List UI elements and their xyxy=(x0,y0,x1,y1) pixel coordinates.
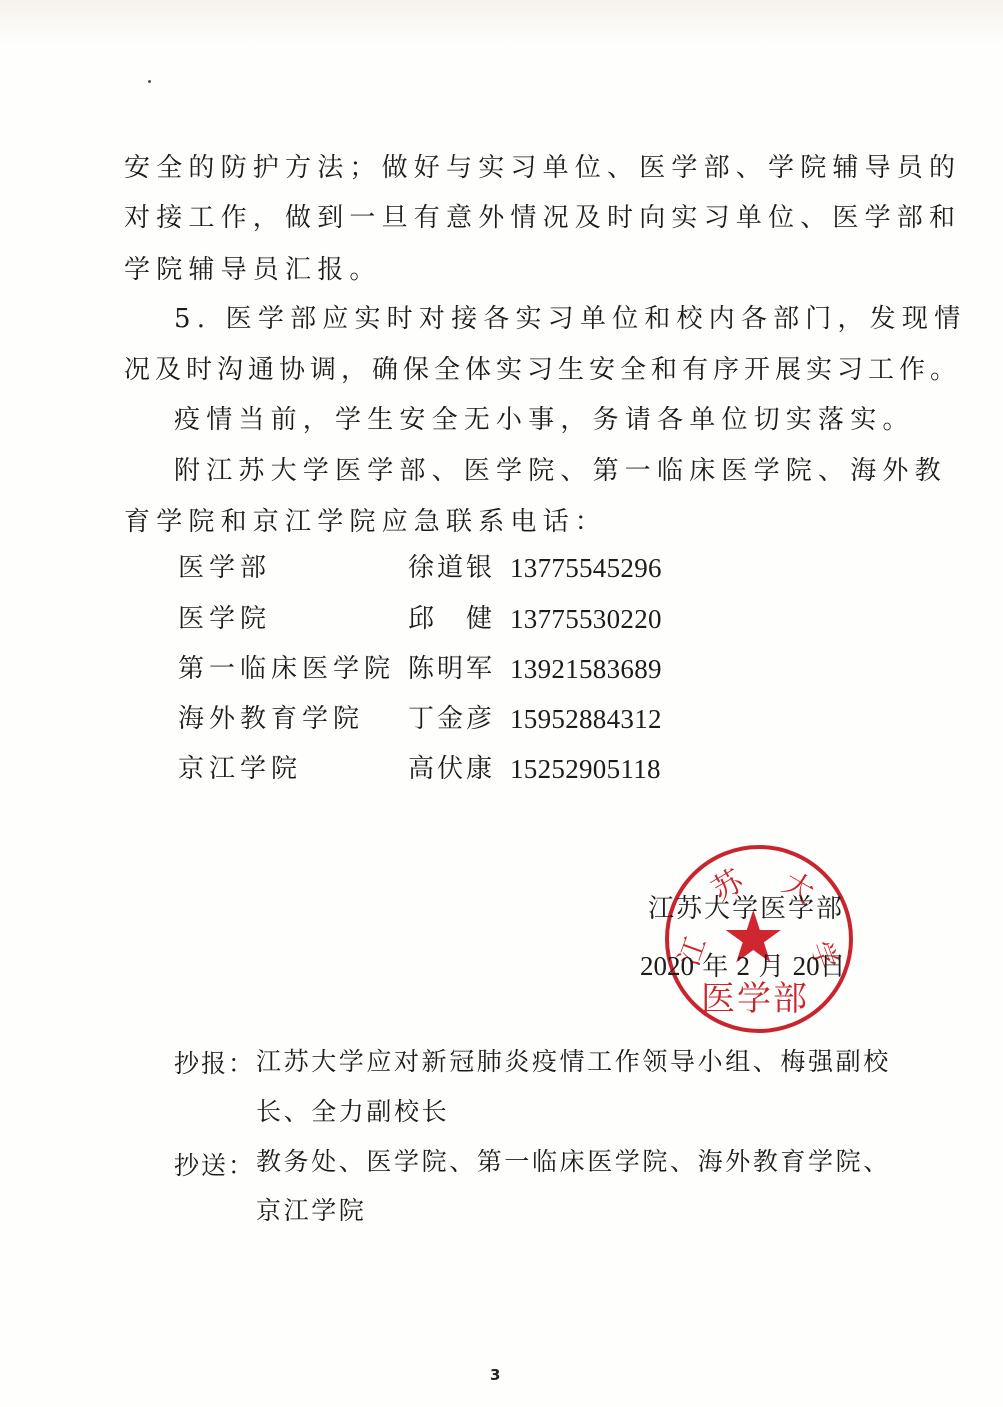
signature-organization: 江苏大学医学部 xyxy=(648,893,844,925)
official-seal: 苏 大 江 学 ★ 医学部 xyxy=(665,845,853,1033)
scan-speck xyxy=(148,80,151,83)
scan-shading xyxy=(0,0,1003,45)
contact-person: 徐道银 xyxy=(408,552,495,584)
cc-send-line: 教务处、医学院、第一临床医学院、海外教育学院、 xyxy=(256,1146,891,1178)
contact-phone: 13775545296 xyxy=(510,552,662,584)
body-line: 安全的防护方法；做好与实习单位、医学部、学院辅导员的 xyxy=(124,152,961,184)
body-line-attachment: 附江苏大学医学部、医学院、第一临床医学院、海外教 xyxy=(174,455,947,487)
cc-report-line: 江苏大学应对新冠肺炎疫情工作领导小组、梅强副校 xyxy=(256,1046,891,1078)
body-line: 学院辅导员汇报。 xyxy=(124,254,382,286)
contact-person: 丁金彦 xyxy=(408,703,495,735)
body-line: 育学院和京江学院应急联系电话： xyxy=(124,506,607,538)
cc-report-label: 抄报： xyxy=(174,1048,255,1080)
page-number: 3 xyxy=(490,1366,500,1384)
contact-person: 高伏康 xyxy=(408,753,495,785)
contact-unit: 京江学院 xyxy=(178,753,302,785)
cc-send-line: 京江学院 xyxy=(256,1195,366,1227)
signature-date: 2020 年 2 月 20日 xyxy=(640,950,846,983)
contact-phone: 15252905118 xyxy=(510,753,661,785)
body-line-closing: 疫情当前，学生安全无小事，务请各单位切实落实。 xyxy=(174,404,915,436)
contact-phone: 13775530220 xyxy=(510,603,662,635)
cc-send-label: 抄送： xyxy=(174,1150,255,1182)
body-line: 况及时沟通协调，确保全体实习生安全和有序开展实习工作。 xyxy=(124,354,961,386)
body-line-item-5: 5. 医学部应实时对接各实习单位和校内各部门，发现情 xyxy=(174,303,966,335)
contact-unit: 医学院 xyxy=(178,603,271,635)
contact-unit: 医学部 xyxy=(178,552,271,584)
contact-person: 陈明军 xyxy=(408,653,495,685)
contact-phone: 13921583689 xyxy=(510,653,662,685)
contact-unit: 第一临床医学院 xyxy=(178,653,395,685)
contact-person: 邱 健 xyxy=(408,603,495,635)
cc-report-line: 长、全力副校长 xyxy=(256,1096,449,1128)
body-line: 对接工作，做到一旦有意外情况及时向实习单位、医学部和 xyxy=(124,202,961,234)
contact-phone: 15952884312 xyxy=(510,703,662,735)
contact-unit: 海外教育学院 xyxy=(178,703,364,735)
